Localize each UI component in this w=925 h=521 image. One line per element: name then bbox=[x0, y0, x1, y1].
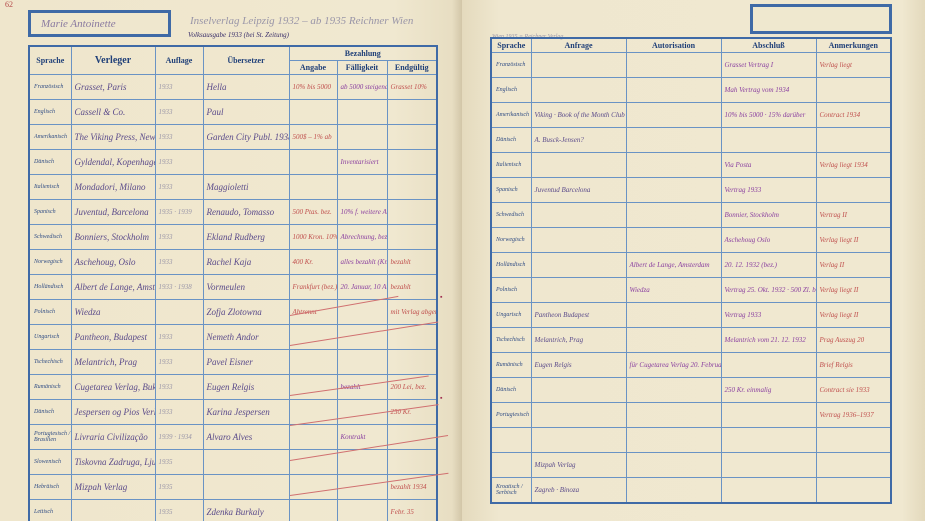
cell-text: Albert de Lange, Amsterdam bbox=[72, 281, 155, 293]
col-verleger: Verleger bbox=[71, 46, 155, 75]
cell-text: Zofja Zlotowna bbox=[204, 306, 289, 318]
cell-text: Vertrag 25. Okt. 1932 · 500 Zl. bez. bbox=[722, 285, 816, 295]
cell-text: Kontrakt bbox=[338, 432, 387, 442]
cell-anfrage: Melantrich, Prag bbox=[531, 328, 626, 353]
cell-text bbox=[627, 64, 721, 66]
cell-text: Eugen Relgis bbox=[204, 381, 289, 393]
row-language: Kroatisch / Serbisch bbox=[491, 478, 531, 504]
cell-angabe bbox=[289, 425, 337, 450]
cell-abschluss bbox=[721, 353, 816, 378]
cell-text: Vertrag II bbox=[817, 210, 891, 220]
cell-autorisation bbox=[626, 103, 721, 128]
cell-anfrage bbox=[531, 403, 626, 428]
row-language: Ungarisch bbox=[29, 325, 71, 350]
cell-angabe bbox=[289, 350, 337, 375]
cell-text bbox=[722, 489, 816, 491]
cell-abschluss bbox=[721, 428, 816, 453]
ledger-row: SpanischJuventud BarcelonaVertrag 1933 bbox=[491, 178, 891, 203]
cell-text: 250 Kr. einmalig bbox=[722, 385, 816, 395]
cell-text: Mizpah Verlag bbox=[532, 460, 626, 470]
cell-translator: Pavel Eisner bbox=[203, 350, 289, 375]
cell-autorisation: für Cugetarea Verlag 20. Februar 1933 bbox=[626, 353, 721, 378]
cell-text: Prag Auszug 20 bbox=[817, 335, 891, 345]
ledger-row: ItalienischMondadori, Milano1933Maggiole… bbox=[29, 175, 437, 200]
cell-autorisation: Wiedza bbox=[626, 278, 721, 303]
cell-text: Verlag liegt 1934 bbox=[817, 160, 891, 170]
cell-text bbox=[388, 236, 437, 238]
cell-endgueltig: 250 Kr. bbox=[387, 400, 437, 425]
cell-text: 1935 bbox=[156, 482, 203, 492]
left-ledger-table: Sprache Verleger Auflage Übersetzer Beza… bbox=[28, 45, 438, 521]
ledger-row: AmerikanischViking · Book of the Month C… bbox=[491, 103, 891, 128]
cell-translator: Hella bbox=[203, 75, 289, 100]
cell-translator: Eugen Relgis bbox=[203, 375, 289, 400]
cell-text: Bonnier, Stockholm bbox=[722, 210, 816, 220]
cell-text bbox=[290, 161, 337, 163]
col-auflage: Auflage bbox=[155, 46, 203, 75]
ledger-row: EnglischMah Vertrag vom 1934 bbox=[491, 78, 891, 103]
row-language bbox=[491, 428, 531, 453]
cell-endgueltig bbox=[387, 150, 437, 175]
cell-angabe bbox=[289, 175, 337, 200]
cell-faelligkeit: 10% f. weitere Auflagen bbox=[337, 200, 387, 225]
ledger-row: SchwedischBonnier, StockholmVertrag II bbox=[491, 203, 891, 228]
row-language: Polnisch bbox=[29, 300, 71, 325]
cell-autorisation bbox=[626, 153, 721, 178]
cell-text bbox=[722, 364, 816, 366]
cell-text bbox=[722, 414, 816, 416]
cell-text bbox=[627, 189, 721, 191]
cell-anmerkungen: Contract sie 1933 bbox=[816, 378, 891, 403]
cell-publisher: Mondadori, Milano bbox=[71, 175, 155, 200]
cell-text bbox=[338, 311, 387, 313]
cell-text: Melantrich vom 21. 12. 1932 bbox=[722, 335, 816, 345]
cell-text: 10% bis 5000 · 15% darüber bbox=[722, 110, 816, 120]
col-faelligkeit: Fälligkeit bbox=[337, 61, 387, 75]
cell-endgueltig bbox=[387, 125, 437, 150]
col-sprache-right: Sprache bbox=[491, 38, 531, 53]
cell-publisher: Melantrich, Prag bbox=[71, 350, 155, 375]
cell-text: Vertrag 1933 bbox=[722, 310, 816, 320]
cell-text: 1933 bbox=[156, 232, 203, 242]
ledger-row: NorwegischAschehoug OsloVerlag liegt II bbox=[491, 228, 891, 253]
cell-angabe bbox=[289, 375, 337, 400]
ledger-row: SpanischJuventud, Barcelona1935 · 1939Re… bbox=[29, 200, 437, 225]
cell-text: 1935 bbox=[156, 457, 203, 467]
cell-anfrage: A. Busck-Jensen? bbox=[531, 128, 626, 153]
cell-text bbox=[627, 239, 721, 241]
cell-text: 1933 bbox=[156, 182, 203, 192]
cell-text: The Viking Press, New York bbox=[72, 131, 155, 143]
cell-text: Grasset Vertrag I bbox=[722, 60, 816, 70]
cell-text bbox=[388, 211, 437, 213]
cell-text bbox=[388, 136, 437, 138]
cell-text: 1933 bbox=[156, 157, 203, 167]
cell-text bbox=[817, 189, 891, 191]
col-endgueltig: Endgültig bbox=[387, 61, 437, 75]
cell-publisher: Pantheon, Budapest bbox=[71, 325, 155, 350]
cell-text: Wiedza bbox=[627, 285, 721, 295]
cell-abschluss: Aschehoug Oslo bbox=[721, 228, 816, 253]
cell-abschluss: Vertrag 25. Okt. 1932 · 500 Zl. bez. bbox=[721, 278, 816, 303]
cell-abschluss: Via Posta bbox=[721, 153, 816, 178]
cell-angabe: Abtrennt bbox=[289, 300, 337, 325]
cell-text: 1933 bbox=[156, 332, 203, 342]
cell-anfrage: Pantheon Budapest bbox=[531, 303, 626, 328]
cell-anmerkungen: Vertrag 1936–1937 bbox=[816, 403, 891, 428]
cell-faelligkeit bbox=[337, 500, 387, 521]
cell-anfrage: Zagreb · Binoza bbox=[531, 478, 626, 504]
cell-translator bbox=[203, 450, 289, 475]
cell-text: Mondadori, Milano bbox=[72, 181, 155, 193]
col-angabe: Angabe bbox=[289, 61, 337, 75]
ledger-row: UngarischPantheon, Budapest1933Nemeth An… bbox=[29, 325, 437, 350]
cell-anfrage: Eugen Relgis bbox=[531, 353, 626, 378]
cell-anmerkungen: Verlag liegt 1934 bbox=[816, 153, 891, 178]
cell-anmerkungen bbox=[816, 478, 891, 504]
cell-text: Verlag liegt bbox=[817, 60, 891, 70]
cell-endgueltig bbox=[387, 100, 437, 125]
cell-text bbox=[290, 486, 337, 488]
cell-abschluss: Melantrich vom 21. 12. 1932 bbox=[721, 328, 816, 353]
cell-edition: 1933 bbox=[155, 400, 203, 425]
cell-anmerkungen: Verlag liegt II bbox=[816, 278, 891, 303]
cell-text: Nemeth Andor bbox=[204, 331, 289, 343]
cell-text: bezahlt bbox=[388, 257, 437, 267]
cell-text: Zagreb · Binoza bbox=[532, 485, 626, 495]
cell-endgueltig bbox=[387, 450, 437, 475]
cell-text: Jespersen og Pios Verlag, Kopenhagen bbox=[72, 406, 155, 418]
cell-abschluss: Grasset Vertrag I bbox=[721, 53, 816, 78]
cell-endgueltig: mit Verlag abgerechnet bbox=[387, 300, 437, 325]
cell-text: Juventud Barcelona bbox=[532, 185, 626, 195]
cell-edition: 1933 bbox=[155, 150, 203, 175]
margin-mark: ▪ bbox=[440, 293, 442, 301]
cell-text bbox=[388, 186, 437, 188]
row-language: Amerikanisch bbox=[491, 103, 531, 128]
cell-text: Juventud, Barcelona bbox=[72, 206, 155, 218]
cell-text bbox=[532, 264, 626, 266]
cell-translator bbox=[203, 475, 289, 500]
cell-faelligkeit bbox=[337, 100, 387, 125]
cell-text: Frankfurt (bez.) bbox=[290, 282, 337, 292]
ledger-row: RumänischCugetarea Verlag, Bukarest1933E… bbox=[29, 375, 437, 400]
cell-anfrage bbox=[531, 203, 626, 228]
row-language: Französisch bbox=[29, 75, 71, 100]
cell-faelligkeit: alles bezahlt (Kr. 1) bbox=[337, 250, 387, 275]
cell-edition: 1933 bbox=[155, 350, 203, 375]
cell-anmerkungen bbox=[816, 178, 891, 203]
cell-text bbox=[722, 139, 816, 141]
cell-translator: Garden City Publ. 1938 · Paul bbox=[203, 125, 289, 150]
cell-text bbox=[290, 361, 337, 363]
cell-text: Gyldendal, Kopenhagen bbox=[72, 156, 155, 168]
cell-anmerkungen: Verlag liegt II bbox=[816, 228, 891, 253]
ledger-row: Mizpah Verlag bbox=[491, 453, 891, 478]
cell-translator: Zdenka Burkaly bbox=[203, 500, 289, 521]
row-language: Norwegisch bbox=[491, 228, 531, 253]
cell-text bbox=[290, 111, 337, 113]
cell-autorisation bbox=[626, 428, 721, 453]
cell-text bbox=[388, 111, 437, 113]
cell-faelligkeit bbox=[337, 125, 387, 150]
cell-angabe bbox=[289, 325, 337, 350]
row-language: Hebräisch bbox=[29, 475, 71, 500]
cell-faelligkeit bbox=[337, 175, 387, 200]
cell-text: 500 Ptas. bez. bbox=[290, 207, 337, 217]
cell-anmerkungen: Verlag II bbox=[816, 253, 891, 278]
cell-anmerkungen bbox=[816, 128, 891, 153]
ledger-row: EnglischCassell & Co.1933Paul bbox=[29, 100, 437, 125]
cell-faelligkeit: ab 5000 steigend bbox=[337, 75, 387, 100]
cell-publisher: Aschehoug, Oslo bbox=[71, 250, 155, 275]
cell-text: Bonniers, Stockholm bbox=[72, 231, 155, 243]
cell-text: mit Verlag abgerechnet bbox=[388, 307, 437, 317]
cell-text: 200 Lei, bez. bbox=[388, 382, 437, 392]
row-language: Dänisch bbox=[491, 378, 531, 403]
cell-text bbox=[388, 161, 437, 163]
row-language: Slowenisch bbox=[29, 450, 71, 475]
cell-text: Eugen Relgis bbox=[532, 360, 626, 370]
cell-text: Zdenka Burkaly bbox=[204, 506, 289, 518]
header-note-2: Volksausgabe 1933 (bei St. Zeitung) bbox=[188, 32, 289, 39]
row-language: Tschechisch bbox=[491, 328, 531, 353]
cell-text: Vertrag 1936–1937 bbox=[817, 410, 891, 420]
cell-text: Vormeulen bbox=[204, 281, 289, 293]
cell-translator bbox=[203, 150, 289, 175]
cell-text bbox=[817, 139, 891, 141]
cell-autorisation bbox=[626, 53, 721, 78]
header-note: Inselverlag Leipzig 1932 – ab 1935 Reich… bbox=[190, 16, 413, 27]
cell-translator: Rachel Kaja bbox=[203, 250, 289, 275]
cell-text: Livraria Civilização bbox=[72, 431, 155, 443]
cell-abschluss: Mah Vertrag vom 1934 bbox=[721, 78, 816, 103]
row-language: Italienisch bbox=[491, 153, 531, 178]
cell-publisher: Wiedza bbox=[71, 300, 155, 325]
row-language: Italienisch bbox=[29, 175, 71, 200]
cell-anmerkungen: Brief Relgis bbox=[816, 353, 891, 378]
col-bezahlung: Bezahlung bbox=[289, 46, 437, 61]
cell-translator: Renaudo, Tomasso bbox=[203, 200, 289, 225]
cell-text bbox=[338, 136, 387, 138]
cell-translator: Karina Jespersen bbox=[203, 400, 289, 425]
cell-text: Grasset 10% bbox=[388, 82, 437, 92]
cell-text bbox=[290, 386, 337, 388]
cell-publisher: Gyldendal, Kopenhagen bbox=[71, 150, 155, 175]
cell-abschluss: 20. 12. 1932 (bez.) bbox=[721, 253, 816, 278]
cell-edition: 1935 bbox=[155, 450, 203, 475]
cell-abschluss bbox=[721, 128, 816, 153]
cell-edition: 1933 bbox=[155, 375, 203, 400]
ledger-row: HolländischAlbert de Lange, Amsterdam20.… bbox=[491, 253, 891, 278]
title-box: Marie Antoinette bbox=[28, 10, 171, 37]
ledger-row bbox=[491, 428, 891, 453]
cell-text: Inventarisiert bbox=[338, 157, 387, 167]
cell-endgueltig bbox=[387, 350, 437, 375]
row-language: Englisch bbox=[29, 100, 71, 125]
cell-text bbox=[627, 89, 721, 91]
cell-anmerkungen bbox=[816, 453, 891, 478]
cell-text bbox=[338, 186, 387, 188]
row-language: Portugiesisch / Brasilien bbox=[29, 425, 71, 450]
cell-text: Verlag liegt II bbox=[817, 310, 891, 320]
cell-text: Albert de Lange, Amsterdam bbox=[627, 260, 721, 270]
cell-anfrage bbox=[531, 78, 626, 103]
cell-text: 1933 bbox=[156, 257, 203, 267]
cell-abschluss: 10% bis 5000 · 15% darüber bbox=[721, 103, 816, 128]
cell-anfrage bbox=[531, 278, 626, 303]
cell-edition bbox=[155, 300, 203, 325]
ledger-row: UngarischPantheon BudapestVertrag 1933Ve… bbox=[491, 303, 891, 328]
cell-text: Pavel Eisner bbox=[204, 356, 289, 368]
cell-endgueltig: Grasset 10% bbox=[387, 75, 437, 100]
ledger-row: TschechischMelantrich, PragMelantrich vo… bbox=[491, 328, 891, 353]
cell-text bbox=[627, 439, 721, 441]
row-language: Englisch bbox=[491, 78, 531, 103]
cell-text bbox=[627, 489, 721, 491]
cell-publisher bbox=[71, 500, 155, 521]
cell-publisher: Livraria Civilização bbox=[71, 425, 155, 450]
cell-text bbox=[627, 389, 721, 391]
cell-endgueltig: Febr. 35 bbox=[387, 500, 437, 521]
cell-text: Abrechnung, bezahlt 6.XI. bbox=[338, 232, 387, 242]
cell-text bbox=[627, 214, 721, 216]
cell-faelligkeit bbox=[337, 350, 387, 375]
row-language: Schwedisch bbox=[29, 225, 71, 250]
cell-text: Contract 1934 bbox=[817, 110, 891, 120]
cell-text: 1935 · 1939 bbox=[156, 207, 203, 217]
cell-edition: 1933 bbox=[155, 225, 203, 250]
cell-text bbox=[290, 511, 337, 513]
cell-text: Verlag liegt II bbox=[817, 235, 891, 245]
cell-edition: 1933 bbox=[155, 175, 203, 200]
cell-text: 1939 · 1934 bbox=[156, 432, 203, 442]
cell-text: 1933 bbox=[156, 382, 203, 392]
cell-edition: 1939 · 1934 bbox=[155, 425, 203, 450]
cell-autorisation bbox=[626, 128, 721, 153]
ledger-row: SlowenischTiskovna Zadruga, Ljubljana193… bbox=[29, 450, 437, 475]
cell-angabe: 400 Kr. bbox=[289, 250, 337, 275]
cell-text: Renaudo, Tomasso bbox=[204, 206, 289, 218]
cell-publisher: Cassell & Co. bbox=[71, 100, 155, 125]
cell-text: Febr. 35 bbox=[388, 507, 437, 517]
cell-text bbox=[290, 411, 337, 413]
cell-translator: Alvaro Alves bbox=[203, 425, 289, 450]
cell-text: Grasset, Paris bbox=[72, 81, 155, 93]
cell-edition: 1933 bbox=[155, 250, 203, 275]
cell-text bbox=[722, 439, 816, 441]
cell-text: 10% f. weitere Auflagen bbox=[338, 207, 387, 217]
col-uebersetzer: Übersetzer bbox=[203, 46, 289, 75]
cell-text: 1933 · 1938 bbox=[156, 282, 203, 292]
left-page: 62 Marie Antoinette Inselverlag Leipzig … bbox=[0, 0, 462, 521]
col-anmerkungen: Anmerkungen bbox=[816, 38, 891, 53]
cell-text bbox=[338, 461, 387, 463]
cell-text: 400 Kr. bbox=[290, 257, 337, 267]
cell-text: bezahlt 1934 bbox=[388, 482, 437, 492]
cell-edition: 1935 · 1939 bbox=[155, 200, 203, 225]
cell-text: ab 5000 steigend bbox=[338, 82, 387, 92]
cell-text bbox=[290, 436, 337, 438]
cell-text: Rachel Kaja bbox=[204, 256, 289, 268]
cell-angabe bbox=[289, 500, 337, 521]
cell-text: Ekland Rudberg bbox=[204, 231, 289, 243]
cell-angabe: 500$ – 1% ab bbox=[289, 125, 337, 150]
ledger-row: PolnischWiedzaVertrag 25. Okt. 1932 · 50… bbox=[491, 278, 891, 303]
row-language: Holländisch bbox=[29, 275, 71, 300]
cell-endgueltig bbox=[387, 175, 437, 200]
cell-text bbox=[532, 289, 626, 291]
cell-anmerkungen: Verlag liegt bbox=[816, 53, 891, 78]
cell-text bbox=[72, 511, 155, 513]
cell-text bbox=[204, 486, 289, 488]
cell-text: Aschehoug, Oslo bbox=[72, 256, 155, 268]
cell-anfrage bbox=[531, 53, 626, 78]
cell-anfrage bbox=[531, 253, 626, 278]
cell-text: Via Posta bbox=[722, 160, 816, 170]
cell-anfrage bbox=[531, 153, 626, 178]
page-number: 62 bbox=[5, 0, 13, 9]
cell-text bbox=[388, 361, 437, 363]
cell-abschluss: 250 Kr. einmalig bbox=[721, 378, 816, 403]
cell-text bbox=[817, 89, 891, 91]
ledger-row: HolländischAlbert de Lange, Amsterdam193… bbox=[29, 275, 437, 300]
cell-text bbox=[532, 414, 626, 416]
ledger-row: TschechischMelantrich, Prag1933Pavel Eis… bbox=[29, 350, 437, 375]
cell-publisher: Tiskovna Zadruga, Ljubljana bbox=[71, 450, 155, 475]
cell-faelligkeit: 20. Januar, 10 Ausg. bbox=[337, 275, 387, 300]
cell-anmerkungen bbox=[816, 78, 891, 103]
cell-anmerkungen: Prag Auszug 20 bbox=[816, 328, 891, 353]
cell-abschluss bbox=[721, 478, 816, 504]
cell-text: Verlag II bbox=[817, 260, 891, 270]
cell-text: Cugetarea Verlag, Bukarest bbox=[72, 381, 155, 393]
row-language: Tschechisch bbox=[29, 350, 71, 375]
cell-abschluss: Vertrag 1933 bbox=[721, 303, 816, 328]
row-language: Dänisch bbox=[491, 128, 531, 153]
ledger-row: AmerikanischThe Viking Press, New York19… bbox=[29, 125, 437, 150]
right-ledger-table: Sprache Anfrage Autorisation Abschluß An… bbox=[490, 37, 892, 504]
cell-anmerkungen: Contract 1934 bbox=[816, 103, 891, 128]
cell-text: Alvaro Alves bbox=[204, 431, 289, 443]
cell-edition: 1935 bbox=[155, 475, 203, 500]
cell-text: Wiedza bbox=[72, 306, 155, 318]
cell-text: Paul bbox=[204, 106, 289, 118]
cell-autorisation bbox=[626, 303, 721, 328]
cell-text: 10% bis 5000 bbox=[290, 82, 337, 92]
row-language: Ungarisch bbox=[491, 303, 531, 328]
cell-angabe bbox=[289, 100, 337, 125]
cell-text: 1000 Kron. 10% bbox=[290, 232, 337, 242]
cell-text bbox=[290, 461, 337, 463]
ledger-row: DänischGyldendal, Kopenhagen1933Inventar… bbox=[29, 150, 437, 175]
cell-text: 1933 bbox=[156, 357, 203, 367]
cell-text: bezahlt bbox=[388, 282, 437, 292]
cell-faelligkeit bbox=[337, 450, 387, 475]
right-title-box bbox=[750, 4, 892, 34]
cell-angabe bbox=[289, 475, 337, 500]
cell-text: Brief Relgis bbox=[817, 360, 891, 370]
cell-text bbox=[532, 214, 626, 216]
cell-text: für Cugetarea Verlag 20. Februar 1933 bbox=[627, 360, 721, 370]
cell-text bbox=[338, 361, 387, 363]
ledger-row: SchwedischBonniers, Stockholm1933Ekland … bbox=[29, 225, 437, 250]
ledger-row: FranzösischGrasset Vertrag IVerlag liegt bbox=[491, 53, 891, 78]
cell-anmerkungen: Vertrag II bbox=[816, 203, 891, 228]
cell-text bbox=[627, 414, 721, 416]
cell-autorisation bbox=[626, 478, 721, 504]
ledger-row: PortugiesischVertrag 1936–1937 bbox=[491, 403, 891, 428]
